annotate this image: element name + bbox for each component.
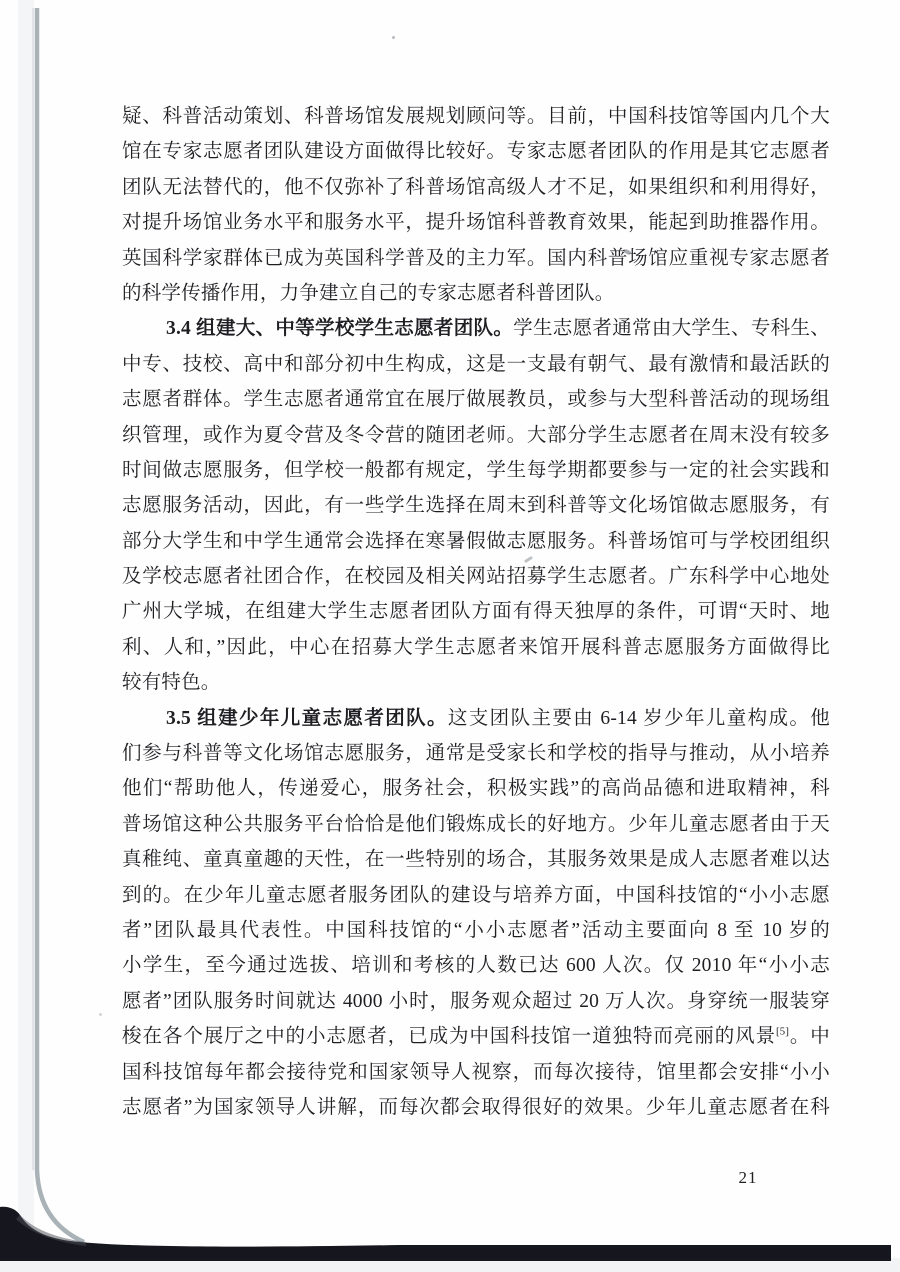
text-line: 3.4 组建大、中等学校学生志愿者团队。学生志愿者通常由大学生、专科生、	[122, 311, 830, 346]
scan-speck	[392, 36, 395, 39]
page-edge-line	[37, 8, 84, 1242]
text-line: 3.5 组建少年儿童志愿者团队。这支团队主要由 6-14 岁少年儿童构成。他	[122, 701, 830, 736]
footnote-marker: [5]	[776, 1026, 789, 1038]
body-text: 织管理，或作为夏令营及冬令营的随团老师。大部分学生志愿者在周末没有较多	[122, 425, 830, 446]
text-line: 者”团队最具代表性。中国科技馆的“小小志愿者”活动主要面向 8 至 10 岁的	[122, 913, 830, 948]
text-line: 部分大学生和中学生通常会选择在寒暑假做志愿服务。科普场馆可与学校团组织	[122, 524, 830, 559]
text-line: 们参与科普等文化场馆志愿服务，通常是受家长和学校的指导与推动，从小培养	[122, 736, 830, 771]
text-line: 织管理，或作为夏令营及冬令营的随团老师。大部分学生志愿者在周末没有较多	[122, 418, 830, 453]
body-text: 这支团队主要由 6-14 岁少年儿童构成。他	[448, 708, 830, 729]
body-text: 的科学传播作用，力争建立自己的专家志愿者科普团队。	[122, 283, 615, 304]
text-line: 广州大学城，在组建大学生志愿者团队方面有得天独厚的条件，可谓“天时、地	[122, 594, 830, 629]
text-line: 真稚纯、童真童趣的天性，在一些特别的场合，其服务效果是成人志愿者难以达	[122, 842, 830, 877]
body-text: 对提升场馆业务水平和服务水平，提升场馆科普教育效果，能起到助推器作用。	[122, 212, 830, 233]
text-line: 小学生，至今通过选拔、培训和考核的人数已达 600 人次。仅 2010 年“小小…	[122, 948, 830, 983]
text-line: 国科技馆每年都会接待党和国家领导人视察，而每次接待，馆里都会安排“小小	[122, 1055, 830, 1090]
text-block: 疑、科普活动策划、科普场馆发展规划顾问等。目前，中国科技馆等国内几个大馆在专家志…	[122, 99, 830, 1125]
body-text: 国科技馆每年都会接待党和国家领导人视察，而每次接待，馆里都会安排“小小	[122, 1062, 830, 1083]
body-text: 真稚纯、童真童趣的天性，在一些特别的场合，其服务效果是成人志愿者难以达	[122, 849, 830, 870]
body-text: 志愿者群体。学生志愿者通常宜在展厅做展教员，或参与大型科普活动的现场组	[122, 389, 830, 410]
text-line: 英国科学家群体已成为英国科学普及的主力军。国内科普场馆应重视专家志愿者	[122, 241, 830, 276]
scanner-bed-strip	[0, 1258, 900, 1272]
text-line: 愿者”团队服务时间就达 4000 小时，服务观众超过 20 万人次。身穿统一服装…	[122, 984, 830, 1019]
body-text: 英国科学家群体已成为英国科学普及的主力军。国内科普场馆应重视专家志愿者	[122, 248, 830, 269]
text-line: 较有特色。	[122, 665, 830, 700]
text-line: 时间做志愿服务，但学校一般都有规定，学生每学期都要参与一定的社会实践和	[122, 453, 830, 488]
scan-speck	[99, 1013, 102, 1016]
section-heading-text: 3.5 组建少年儿童志愿者团队。	[166, 708, 448, 729]
body-text: 馆在专家志愿者团队建设方面做得比较好。专家志愿者团队的作用是其它志愿者	[122, 141, 830, 162]
text-line: 利、人和，”因此，中心在招募大学生志愿者来馆开展科普志愿服务方面做得比	[122, 630, 830, 665]
body-text: 们参与科普等文化场馆志愿服务，通常是受家长和学校的指导与推动，从小培养	[122, 743, 830, 764]
text-line: 他们“帮助他人，传递爱心，服务社会，积极实践”的高尚品德和进取精神，科	[122, 771, 830, 806]
section-heading-text: 3.4 组建大、中等学校学生志愿者团队。	[166, 318, 513, 339]
text-line: 梭在各个展厅之中的小志愿者，已成为中国科技馆一道独特而亮丽的风景[5]。中	[122, 1019, 830, 1054]
page-stack-edge-soft	[18, 0, 34, 1238]
text-line: 到的。在少年儿童志愿者服务团队的建设与培养方面，中国科技馆的“小小志愿	[122, 878, 830, 913]
body-text: 部分大学生和中学生通常会选择在寒暑假做志愿服务。科普场馆可与学校团组织	[122, 531, 830, 552]
body-text: 志愿服务活动，因此，有一些学生选择在周末到科普等文化场馆做志愿服务，有	[122, 495, 830, 516]
text-line: 志愿服务活动，因此，有一些学生选择在周末到科普等文化场馆做志愿服务，有	[122, 488, 830, 523]
text-line: 馆在专家志愿者团队建设方面做得比较好。专家志愿者团队的作用是其它志愿者	[122, 134, 830, 169]
body-text: 疑、科普活动策划、科普场馆发展规划顾问等。目前，中国科技馆等国内几个大	[122, 106, 830, 127]
text-line: 中专、技校、高中和部分初中生构成，这是一支最有朝气、最有激情和最活跃的	[122, 347, 830, 382]
text-line: 及学校志愿者社团合作，在校园及相关网站招募学生志愿者。广东科学中心地处	[122, 559, 830, 594]
page-number: 21	[730, 1168, 766, 1188]
text-line: 疑、科普活动策划、科普场馆发展规划顾问等。目前，中国科技馆等国内几个大	[122, 99, 830, 134]
body-text: 愿者”团队服务时间就达 4000 小时，服务观众超过 20 万人次。身穿统一服装…	[122, 991, 830, 1012]
scanned-page: 疑、科普活动策划、科普场馆发展规划顾问等。目前，中国科技馆等国内几个大馆在专家志…	[0, 0, 900, 1272]
body-text: 志愿者”为国家领导人讲解，而每次都会取得很好的效果。少年儿童志愿者在科	[122, 1097, 830, 1118]
body-text: 普场馆这种公共服务平台恰恰是他们锻炼成长的好地方。少年儿童志愿者由于天	[122, 814, 830, 835]
body-text: 广州大学城，在组建大学生志愿者团队方面有得天独厚的条件，可谓“天时、地	[122, 601, 830, 622]
text-line: 对提升场馆业务水平和服务水平，提升场馆科普教育效果，能起到助推器作用。	[122, 205, 830, 240]
body-text: 及学校志愿者社团合作，在校园及相关网站招募学生志愿者。广东科学中心地处	[122, 566, 830, 587]
body-text: 团队无法替代的，他不仅弥补了科普场馆高级人才不足，如果组织和利用得好，	[122, 177, 830, 198]
body-text: 梭在各个展厅之中的小志愿者，已成为中国科技馆一道独特而亮丽的风景	[122, 1026, 776, 1047]
text-line: 志愿者群体。学生志愿者通常宜在展厅做展教员，或参与大型科普活动的现场组	[122, 382, 830, 417]
text-line: 普场馆这种公共服务平台恰恰是他们锻炼成长的好地方。少年儿童志愿者由于天	[122, 807, 830, 842]
body-text: 他们“帮助他人，传递爱心，服务社会，积极实践”的高尚品德和进取精神，科	[122, 778, 830, 799]
body-text: 小学生，至今通过选拔、培训和考核的人数已达 600 人次。仅 2010 年“小小…	[122, 955, 830, 976]
body-text: 中专、技校、高中和部分初中生构成，这是一支最有朝气、最有激情和最活跃的	[122, 354, 830, 375]
text-line: 团队无法替代的，他不仅弥补了科普场馆高级人才不足，如果组织和利用得好，	[122, 170, 830, 205]
bottom-scan-band	[0, 1207, 891, 1261]
text-line: 志愿者”为国家领导人讲解，而每次都会取得很好的效果。少年儿童志愿者在科	[122, 1090, 830, 1125]
page-curl-shadow	[16, 1215, 86, 1246]
body-text: 到的。在少年儿童志愿者服务团队的建设与培养方面，中国科技馆的“小小志愿	[122, 885, 830, 906]
body-text: 利、人和，”因此，中心在招募大学生志愿者来馆开展科普志愿服务方面做得比	[122, 637, 830, 658]
body-text: 时间做志愿服务，但学校一般都有规定，学生每学期都要参与一定的社会实践和	[122, 460, 830, 481]
body-text: 。中	[789, 1026, 830, 1047]
body-text: 学生志愿者通常由大学生、专科生、	[513, 318, 830, 339]
text-line: 的科学传播作用，力争建立自己的专家志愿者科普团队。	[122, 276, 830, 311]
body-text: 者”团队最具代表性。中国科技馆的“小小志愿者”活动主要面向 8 至 10 岁的	[122, 920, 830, 941]
body-text: 较有特色。	[122, 672, 221, 693]
